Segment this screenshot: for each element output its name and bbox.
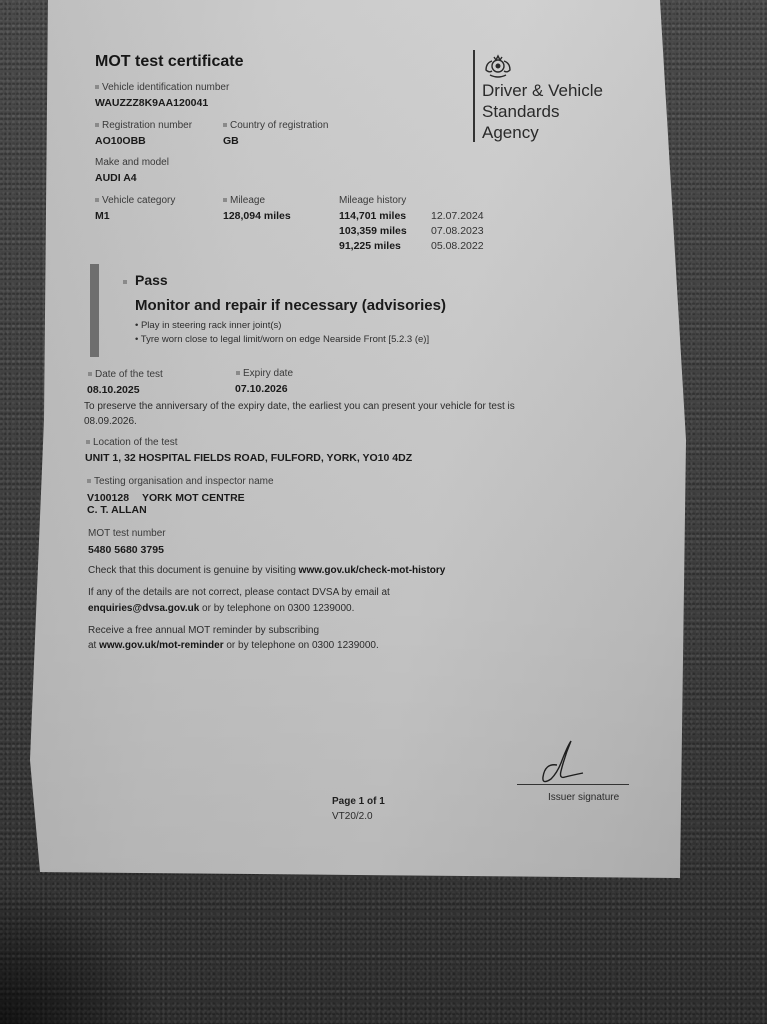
label-marker-icon [95, 198, 99, 202]
history-date: 12.07.2024 [431, 210, 484, 222]
location-address: UNIT 1, 32 HOSPITAL FIELDS ROAD, FULFORD… [85, 452, 412, 464]
label-marker-icon [223, 198, 227, 202]
mileage-label: Mileage [223, 195, 265, 206]
expiry-value: 07.10.2026 [235, 383, 288, 395]
label-marker-icon [86, 440, 90, 444]
anniversary-note: To preserve the anniversary of the expir… [84, 401, 515, 412]
testing-org-name: YORK MOT CENTRE [142, 492, 245, 504]
country-label: Country of registration [223, 120, 328, 131]
document-title: MOT test certificate [95, 53, 243, 71]
issuer-name-line-3: Agency [482, 122, 603, 143]
history-date: 07.08.2023 [431, 225, 484, 237]
result-bar [90, 264, 99, 357]
contact-note-line-2: enquiries@dvsa.gov.uk or by telephone on… [88, 603, 354, 614]
advisory-item: • Play in steering rack inner joint(s) [135, 320, 281, 331]
form-code: VT20/2.0 [332, 811, 373, 822]
registration-label: Registration number [95, 120, 192, 131]
history-miles: 103,359 miles [339, 225, 407, 237]
history-miles: 91,225 miles [339, 240, 401, 252]
advisory-item: • Tyre worn close to legal limit/worn on… [135, 334, 429, 345]
certificate-content: MOT test certificate Driver & Vehicle St… [0, 0, 767, 1024]
signature-line [517, 784, 629, 785]
test-date-label: Date of the test [88, 369, 163, 380]
advisories-heading: Monitor and repair if necessary (advisor… [135, 297, 446, 314]
royal-crest-icon [482, 53, 514, 79]
label-marker-icon [223, 123, 227, 127]
category-label: Vehicle category [95, 195, 175, 206]
label-marker-icon [236, 371, 240, 375]
issuer-name: Driver & Vehicle Standards Agency [482, 80, 603, 143]
location-label: Location of the test [86, 437, 178, 448]
test-date-value: 08.10.2025 [87, 384, 140, 396]
contact-email-link[interactable]: enquiries@dvsa.gov.uk [88, 603, 199, 614]
inspector-name: C. T. ALLAN [87, 504, 147, 516]
check-mot-history-link[interactable]: www.gov.uk/check-mot-history [299, 565, 446, 576]
make-model-label: Make and model [95, 157, 169, 168]
contact-note: If any of the details are not correct, p… [88, 587, 390, 598]
registration-value: AO10OBB [95, 135, 146, 147]
result-status: Pass [135, 272, 168, 288]
issuer-signature-icon [535, 735, 595, 787]
reminder-note: Receive a free annual MOT reminder by su… [88, 625, 319, 636]
issuer-name-line-2: Standards [482, 101, 603, 122]
category-value: M1 [95, 210, 110, 222]
signature-label: Issuer signature [548, 792, 619, 803]
mileage-value: 128,094 miles [223, 210, 291, 222]
expiry-label: Expiry date [236, 368, 293, 379]
vin-value: WAUZZZ8K9AA120041 [95, 97, 208, 109]
label-marker-icon [95, 123, 99, 127]
make-model-value: AUDI A4 [95, 172, 137, 184]
testing-org-code: V100128 [87, 492, 129, 504]
label-marker-icon [87, 479, 91, 483]
page-number: Page 1 of 1 [332, 796, 385, 807]
logo-divider [473, 50, 475, 142]
reminder-note-line-2: at www.gov.uk/mot-reminder or by telepho… [88, 640, 379, 651]
country-value: GB [223, 135, 239, 147]
label-marker-icon [95, 85, 99, 89]
mot-reminder-link[interactable]: www.gov.uk/mot-reminder [99, 640, 223, 651]
history-date: 05.08.2022 [431, 240, 484, 252]
check-genuine-note: Check that this document is genuine by v… [88, 565, 445, 576]
testing-org-label: Testing organisation and inspector name [87, 476, 274, 487]
test-number-label: MOT test number [88, 528, 166, 539]
test-number-value: 5480 5680 3795 [88, 544, 164, 556]
label-marker-icon [88, 372, 92, 376]
vin-label: Vehicle identification number [95, 82, 229, 93]
issuer-name-line-1: Driver & Vehicle [482, 80, 603, 101]
history-miles: 114,701 miles [339, 210, 406, 222]
pass-marker-icon [123, 277, 130, 288]
mileage-history-label: Mileage history [339, 195, 406, 206]
anniversary-date: 08.09.2026. [84, 416, 137, 427]
